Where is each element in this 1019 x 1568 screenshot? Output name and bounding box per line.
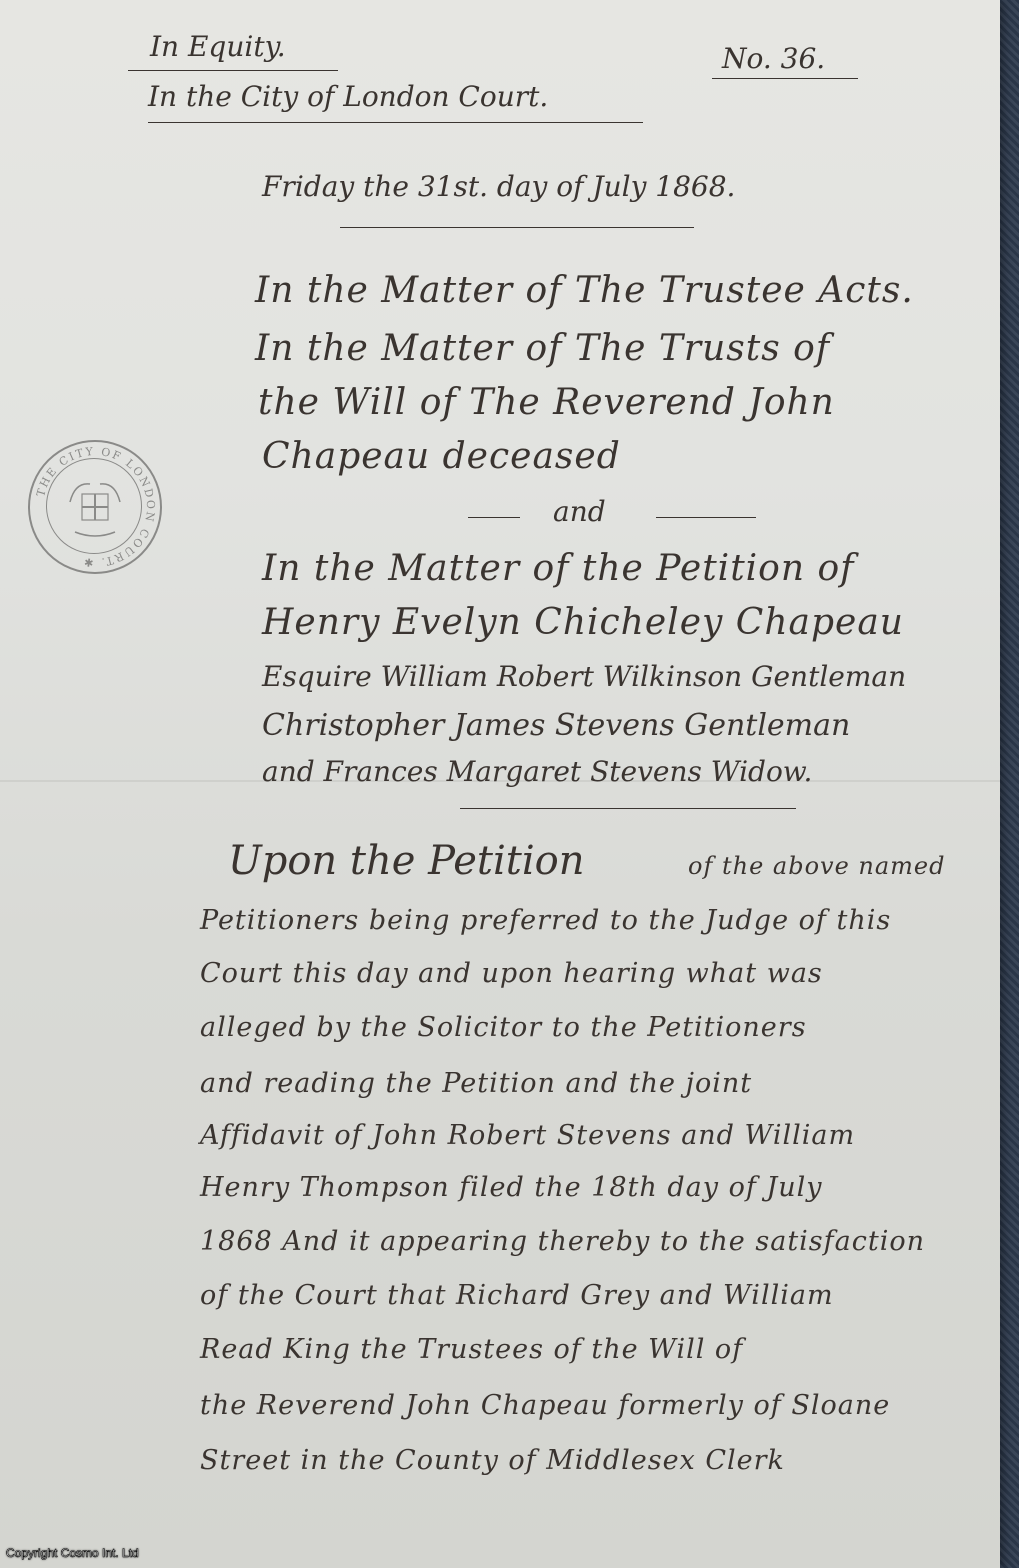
body-line: Read King the Trustees of the Will of (200, 1334, 743, 1365)
seal-emblem-icon: THE CITY OF LONDON COURT. ✱ (30, 442, 160, 572)
underline (340, 227, 694, 228)
body-line: the Reverend John Chapeau formerly of Sl… (200, 1390, 890, 1421)
matter-line-4: Chapeau deceased (262, 436, 621, 477)
petitioner-line-4: and Frances Margaret Stevens Widow. (262, 755, 812, 788)
petition-heading: In the Matter of the Petition of (262, 548, 854, 589)
matter-line-1: In the Matter of The Trustee Acts. (255, 270, 914, 311)
matter-line-3: the Will of The Reverend John (258, 382, 835, 423)
body-line: alleged by the Solicitor to the Petition… (200, 1012, 807, 1043)
case-number: No. 36. (722, 42, 825, 75)
body-line: Petitioners being preferred to the Judge… (200, 905, 891, 936)
body-line: of the above named (688, 852, 946, 880)
underline (128, 70, 338, 71)
matter-line-2: In the Matter of The Trusts of (255, 328, 830, 369)
petitioner-line-3: Christopher James Stevens Gentleman (262, 708, 850, 743)
date-line: Friday the 31st. day of July 1868. (262, 170, 735, 203)
petitioner-line-1: Henry Evelyn Chicheley Chapeau (262, 602, 904, 643)
section-divider (460, 808, 796, 809)
underline (712, 78, 858, 79)
separator-word: and (553, 495, 606, 528)
body-line: 1868 And it appearing thereby to the sat… (200, 1226, 925, 1257)
body-line: Street in the County of Middlesex Clerk (200, 1445, 785, 1476)
court-seal: THE CITY OF LONDON COURT. ✱ (28, 440, 162, 574)
petitioner-line-2: Esquire William Robert Wilkinson Gentlem… (262, 660, 906, 693)
body-line: Affidavit of John Robert Stevens and Wil… (200, 1120, 855, 1151)
underline (148, 122, 643, 123)
body-line: of the Court that Richard Grey and Willi… (200, 1280, 834, 1311)
separator-rule (468, 517, 520, 518)
body-opening: Upon the Petition (228, 838, 584, 884)
copyright-watermark: Copyright Cosmo Int. Ltd (6, 1546, 139, 1560)
separator-rule (656, 517, 756, 518)
body-line: Court this day and upon hearing what was (200, 958, 823, 989)
body-line: Henry Thompson filed the 18th day of Jul… (200, 1172, 823, 1203)
body-line: and reading the Petition and the joint (200, 1068, 752, 1099)
document-page: In Equity. In the City of London Court. … (0, 0, 1000, 1568)
court-heading: In the City of London Court. (148, 80, 548, 113)
jurisdiction-heading: In Equity. (150, 30, 286, 63)
